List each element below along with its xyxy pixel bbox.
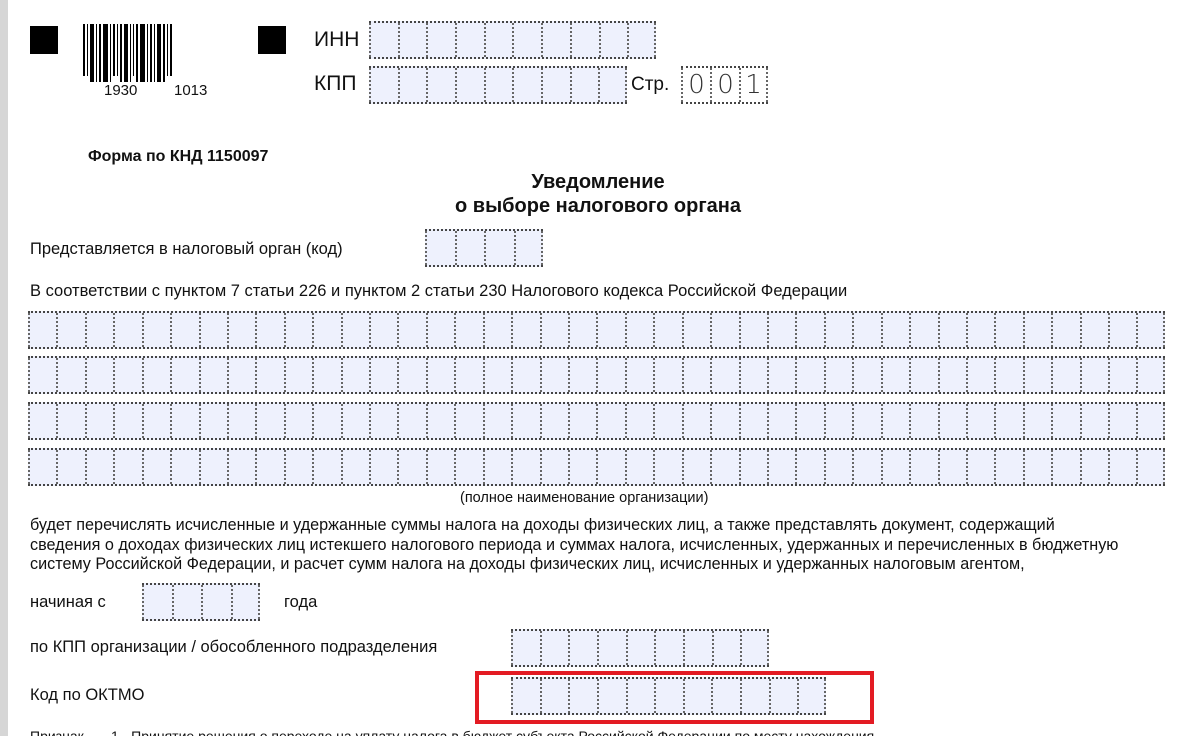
char-cell[interactable]: [28, 313, 56, 347]
char-cell[interactable]: [1051, 450, 1079, 484]
char-cell[interactable]: [483, 313, 511, 347]
char-cell[interactable]: [341, 404, 369, 438]
char-cell[interactable]: [596, 358, 624, 392]
char-cell[interactable]: [739, 358, 767, 392]
barcode-bar: [99, 24, 101, 82]
char-cell[interactable]: [568, 313, 596, 347]
char-cell[interactable]: [653, 404, 681, 438]
char-cell[interactable]: [710, 313, 738, 347]
char-cell[interactable]: 1: [739, 68, 768, 102]
char-cell[interactable]: [568, 404, 596, 438]
form-page: 1930 1013 ИНН КПП Стр. 001 Форма по КНД …: [8, 0, 1193, 736]
char-cell[interactable]: [683, 631, 712, 665]
corner-marker-right: [258, 26, 286, 54]
barcode-bar: [87, 24, 88, 76]
tax-authority-code-field[interactable]: [425, 229, 543, 267]
char-cell[interactable]: [909, 313, 937, 347]
knd-code: Форма по КНД 1150097: [88, 148, 268, 166]
char-cell[interactable]: [1080, 450, 1108, 484]
char-cell[interactable]: [341, 313, 369, 347]
char-cell[interactable]: [231, 585, 261, 619]
char-cell[interactable]: [397, 450, 425, 484]
char-cell[interactable]: [455, 68, 484, 102]
barcode-bar: [117, 24, 118, 76]
char-cell[interactable]: [369, 313, 397, 347]
char-cell[interactable]: [625, 313, 653, 347]
char-cell[interactable]: [767, 313, 795, 347]
barcode-bar: [110, 24, 111, 82]
char-cell[interactable]: [852, 358, 880, 392]
char-cell[interactable]: [541, 68, 570, 102]
char-cell[interactable]: [369, 450, 397, 484]
char-cell[interactable]: [625, 404, 653, 438]
char-cell[interactable]: [1023, 450, 1051, 484]
char-cell[interactable]: [426, 23, 455, 57]
form-title-line-1: Уведомление: [388, 170, 808, 194]
char-cell[interactable]: [881, 313, 909, 347]
char-cell[interactable]: [142, 404, 170, 438]
char-cell[interactable]: [1023, 313, 1051, 347]
char-cell[interactable]: [627, 23, 656, 57]
char-cell[interactable]: [113, 404, 141, 438]
char-cell[interactable]: [1051, 358, 1079, 392]
bottom-line-partial: Признак ..... 1 - Принятие решения о пер…: [30, 728, 874, 736]
char-cell[interactable]: [568, 450, 596, 484]
char-cell[interactable]: [626, 631, 655, 665]
char-cell[interactable]: [625, 450, 653, 484]
char-cell[interactable]: [570, 68, 599, 102]
barcode-number-1: 1930: [104, 82, 137, 99]
char-cell[interactable]: [426, 358, 454, 392]
char-cell[interactable]: [312, 313, 340, 347]
char-cell[interactable]: [852, 404, 880, 438]
org-name-row[interactable]: [28, 448, 1165, 486]
basis-text: В соответствии с пунктом 7 статьи 226 и …: [30, 282, 847, 301]
char-cell[interactable]: [142, 585, 172, 619]
char-cell[interactable]: [85, 404, 113, 438]
char-cell[interactable]: [824, 404, 852, 438]
char-cell[interactable]: 0: [681, 68, 710, 102]
char-cell[interactable]: [170, 358, 198, 392]
char-cell[interactable]: [85, 450, 113, 484]
char-cell[interactable]: [113, 358, 141, 392]
char-cell[interactable]: [994, 358, 1022, 392]
char-cell[interactable]: [170, 404, 198, 438]
char-cell[interactable]: [199, 450, 227, 484]
char-cell[interactable]: [85, 358, 113, 392]
paragraph-line-3: систему Российской Федерации, и расчет с…: [30, 555, 1164, 575]
char-cell[interactable]: [541, 23, 570, 57]
char-cell[interactable]: [824, 358, 852, 392]
char-cell[interactable]: [514, 231, 544, 265]
char-cell[interactable]: [28, 450, 56, 484]
char-cell[interactable]: [312, 404, 340, 438]
char-cell[interactable]: [598, 68, 627, 102]
char-cell[interactable]: [284, 450, 312, 484]
char-cell[interactable]: [1136, 358, 1164, 392]
char-cell[interactable]: [540, 450, 568, 484]
char-cell[interactable]: [284, 313, 312, 347]
inn-field[interactable]: [369, 21, 656, 59]
char-cell[interactable]: [938, 450, 966, 484]
char-cell[interactable]: [938, 404, 966, 438]
barcode-bar: [157, 24, 161, 82]
char-cell[interactable]: [712, 631, 741, 665]
char-cell[interactable]: [852, 313, 880, 347]
kpp-subdivision-field[interactable]: [511, 629, 769, 667]
char-cell[interactable]: [540, 631, 569, 665]
char-cell[interactable]: [739, 450, 767, 484]
char-cell[interactable]: [881, 404, 909, 438]
char-cell[interactable]: [540, 313, 568, 347]
char-cell[interactable]: [255, 404, 283, 438]
oktmo-highlight-box: [475, 671, 874, 724]
char-cell[interactable]: [966, 450, 994, 484]
barcode-bar: [167, 24, 168, 76]
char-cell[interactable]: [512, 23, 541, 57]
char-cell[interactable]: [369, 358, 397, 392]
char-cell[interactable]: [312, 358, 340, 392]
char-cell[interactable]: [938, 313, 966, 347]
char-cell[interactable]: [1136, 450, 1164, 484]
char-cell[interactable]: [426, 450, 454, 484]
char-cell[interactable]: [454, 404, 482, 438]
char-cell[interactable]: [767, 450, 795, 484]
kpp-label: КПП: [314, 72, 356, 96]
oktmo-label: Код по ОКТМО: [30, 686, 144, 705]
char-cell[interactable]: [397, 358, 425, 392]
char-cell[interactable]: [596, 450, 624, 484]
obligation-paragraph: будет перечислять исчисленные и удержанн…: [30, 516, 1164, 575]
char-cell[interactable]: [426, 404, 454, 438]
char-cell[interactable]: [484, 68, 513, 102]
char-cell[interactable]: [938, 358, 966, 392]
char-cell[interactable]: [511, 358, 539, 392]
char-cell[interactable]: [227, 404, 255, 438]
char-cell[interactable]: [113, 313, 141, 347]
kpp-sub-label: по КПП организации / обособленного подра…: [30, 638, 437, 657]
char-cell[interactable]: [966, 404, 994, 438]
char-cell[interactable]: [540, 358, 568, 392]
paragraph-line-2: сведения о доходах физических лиц истекш…: [30, 536, 1164, 556]
char-cell[interactable]: [369, 68, 398, 102]
char-cell[interactable]: [852, 450, 880, 484]
page-number-field[interactable]: 001: [681, 66, 768, 104]
char-cell[interactable]: [909, 358, 937, 392]
char-cell[interactable]: [881, 450, 909, 484]
char-cell[interactable]: [1023, 404, 1051, 438]
char-cell[interactable]: [682, 404, 710, 438]
barcode-bar: [163, 24, 165, 82]
char-cell[interactable]: [966, 313, 994, 347]
char-cell[interactable]: [454, 358, 482, 392]
char-cell[interactable]: [426, 68, 455, 102]
char-cell[interactable]: [28, 358, 56, 392]
char-cell[interactable]: [653, 313, 681, 347]
char-cell[interactable]: [739, 404, 767, 438]
char-cell[interactable]: [599, 23, 628, 57]
char-cell[interactable]: [994, 450, 1022, 484]
barcode-bar: [113, 24, 115, 76]
char-cell[interactable]: [795, 450, 823, 484]
char-cell[interactable]: [511, 450, 539, 484]
char-cell[interactable]: [767, 404, 795, 438]
char-cell[interactable]: [397, 404, 425, 438]
char-cell[interactable]: [824, 450, 852, 484]
char-cell[interactable]: [341, 358, 369, 392]
char-cell[interactable]: [455, 231, 485, 265]
form-title: Уведомление о выборе налогового органа: [388, 170, 808, 218]
char-cell[interactable]: [909, 450, 937, 484]
org-name-row[interactable]: [28, 402, 1165, 440]
char-cell[interactable]: [795, 313, 823, 347]
barcode-bar: [130, 24, 131, 82]
char-cell[interactable]: [1051, 404, 1079, 438]
char-cell[interactable]: [227, 358, 255, 392]
char-cell[interactable]: [654, 631, 683, 665]
char-cell[interactable]: [28, 404, 56, 438]
char-cell[interactable]: [227, 450, 255, 484]
starting-year-field[interactable]: [142, 583, 260, 621]
char-cell[interactable]: [682, 358, 710, 392]
char-cell[interactable]: [201, 585, 231, 619]
char-cell[interactable]: [767, 358, 795, 392]
char-cell[interactable]: [255, 313, 283, 347]
char-cell[interactable]: [568, 358, 596, 392]
char-cell[interactable]: [1108, 450, 1136, 484]
inn-label: ИНН: [314, 28, 359, 52]
char-cell[interactable]: [56, 313, 84, 347]
char-cell[interactable]: [653, 358, 681, 392]
char-cell[interactable]: [1108, 313, 1136, 347]
barcode-bar: [90, 24, 94, 82]
char-cell[interactable]: [682, 450, 710, 484]
char-cell[interactable]: [56, 404, 84, 438]
char-cell[interactable]: [483, 358, 511, 392]
char-cell[interactable]: [966, 358, 994, 392]
char-cell[interactable]: [909, 404, 937, 438]
char-cell[interactable]: [1051, 313, 1079, 347]
char-cell[interactable]: [881, 358, 909, 392]
org-name-caption: (полное наименование организации): [460, 490, 708, 506]
char-cell[interactable]: [369, 404, 397, 438]
char-cell[interactable]: [426, 313, 454, 347]
char-cell[interactable]: [312, 450, 340, 484]
char-cell[interactable]: [653, 450, 681, 484]
char-cell[interactable]: [483, 450, 511, 484]
barcode-bar: [147, 24, 148, 82]
char-cell[interactable]: [1080, 404, 1108, 438]
char-cell[interactable]: [484, 23, 513, 57]
barcode-bar: [170, 24, 172, 76]
char-cell[interactable]: [596, 404, 624, 438]
form-title-line-2: о выборе налогового органа: [388, 194, 808, 218]
char-cell[interactable]: 0: [710, 68, 739, 102]
char-cell[interactable]: [739, 313, 767, 347]
barcode-bar: [103, 24, 108, 82]
barcode-bar: [120, 24, 122, 82]
tax-authority-label: Представляется в налоговый орган (код): [30, 240, 343, 259]
barcode-bar: [136, 24, 138, 82]
char-cell[interactable]: [142, 450, 170, 484]
barcode-bar: [154, 24, 155, 82]
char-cell[interactable]: [142, 358, 170, 392]
barcode-bar: [124, 24, 128, 82]
char-cell[interactable]: [483, 404, 511, 438]
char-cell[interactable]: [255, 358, 283, 392]
char-cell[interactable]: [1136, 313, 1164, 347]
char-cell[interactable]: [710, 404, 738, 438]
char-cell[interactable]: [568, 631, 597, 665]
char-cell[interactable]: [710, 358, 738, 392]
char-cell[interactable]: [1108, 358, 1136, 392]
barcode: [83, 24, 241, 82]
barcode-number-2: 1013: [174, 82, 207, 99]
char-cell[interactable]: [824, 313, 852, 347]
char-cell[interactable]: [994, 313, 1022, 347]
char-cell[interactable]: [1080, 313, 1108, 347]
char-cell[interactable]: [397, 313, 425, 347]
char-cell[interactable]: [56, 358, 84, 392]
barcode-bar: [140, 24, 145, 82]
char-cell[interactable]: [199, 313, 227, 347]
paragraph-line-1: будет перечислять исчисленные и удержанн…: [30, 516, 1164, 536]
char-cell[interactable]: [398, 23, 427, 57]
char-cell[interactable]: [85, 313, 113, 347]
char-cell[interactable]: [710, 450, 738, 484]
year-label: года: [284, 593, 317, 612]
char-cell[interactable]: [511, 631, 540, 665]
char-cell[interactable]: [172, 585, 202, 619]
char-cell[interactable]: [740, 631, 769, 665]
char-cell[interactable]: [484, 231, 514, 265]
char-cell[interactable]: [540, 404, 568, 438]
char-cell[interactable]: [369, 23, 398, 57]
char-cell[interactable]: [425, 231, 455, 265]
org-name-row[interactable]: [28, 356, 1165, 394]
char-cell[interactable]: [994, 404, 1022, 438]
org-name-row[interactable]: [28, 311, 1165, 349]
char-cell[interactable]: [511, 313, 539, 347]
char-cell[interactable]: [170, 313, 198, 347]
char-cell[interactable]: [682, 313, 710, 347]
barcode-bar: [133, 24, 134, 76]
char-cell[interactable]: [284, 404, 312, 438]
char-cell[interactable]: [454, 450, 482, 484]
char-cell[interactable]: [398, 68, 427, 102]
char-cell[interactable]: [596, 313, 624, 347]
char-cell[interactable]: [1108, 404, 1136, 438]
char-cell[interactable]: [199, 404, 227, 438]
char-cell[interactable]: [512, 68, 541, 102]
char-cell[interactable]: [570, 23, 599, 57]
char-cell[interactable]: [1080, 358, 1108, 392]
char-cell[interactable]: [1136, 404, 1164, 438]
char-cell[interactable]: [454, 313, 482, 347]
corner-marker-left: [30, 26, 58, 54]
char-cell[interactable]: [284, 358, 312, 392]
char-cell[interactable]: [455, 23, 484, 57]
page-label: Стр.: [631, 74, 669, 96]
char-cell[interactable]: [113, 450, 141, 484]
char-cell[interactable]: [795, 404, 823, 438]
char-cell[interactable]: [56, 450, 84, 484]
char-cell[interactable]: [511, 404, 539, 438]
char-cell[interactable]: [625, 358, 653, 392]
char-cell[interactable]: [795, 358, 823, 392]
char-cell[interactable]: [1023, 358, 1051, 392]
char-cell[interactable]: [199, 358, 227, 392]
barcode-bar: [150, 24, 152, 82]
char-cell[interactable]: [227, 313, 255, 347]
char-cell[interactable]: [142, 313, 170, 347]
kpp-field[interactable]: [369, 66, 627, 104]
char-cell[interactable]: [170, 450, 198, 484]
char-cell[interactable]: [255, 450, 283, 484]
barcode-bar: [83, 24, 85, 76]
char-cell[interactable]: [341, 450, 369, 484]
barcode-bar: [96, 24, 97, 82]
char-cell[interactable]: [597, 631, 626, 665]
starting-label: начиная с: [30, 593, 106, 612]
